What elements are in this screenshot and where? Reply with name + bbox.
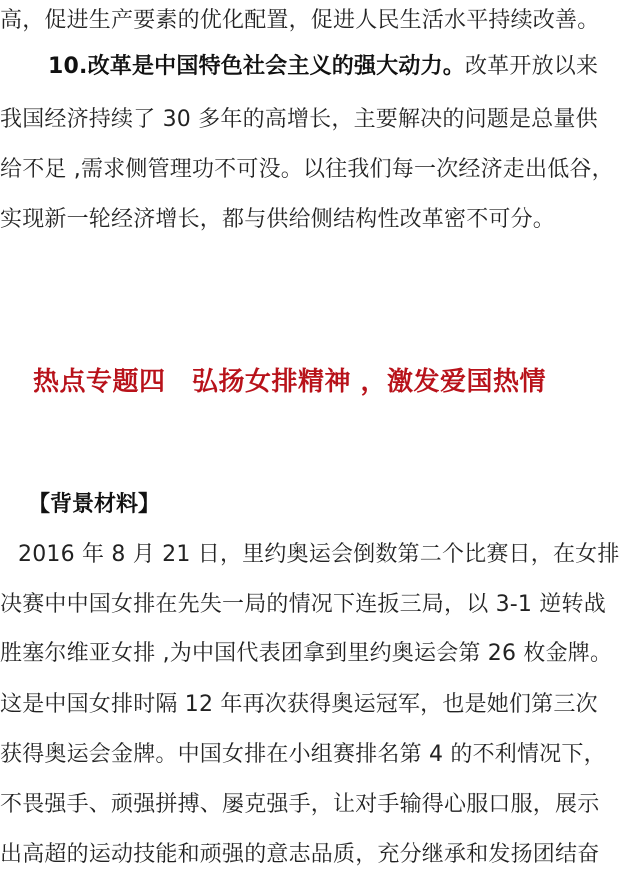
background-line: 决赛中中国女排在先失一局的情况下连扳三局，以 3-1 逆转战: [0, 590, 606, 620]
background-label: 【背景材料】: [28, 490, 160, 520]
background-line: 获得奥运会金牌。中国女排在小组赛排名第 4 的不利情况下，: [0, 740, 606, 770]
point-10-lead-rest: 改革开放以来: [465, 54, 598, 79]
background-line: 胜塞尔维亚女排 ,为中国代表团拿到里约奥运会第 26 枚金牌。: [0, 639, 612, 669]
topic-title: 热点专题四 弘扬女排精神 ，激发爱国热情: [33, 365, 546, 399]
background-line: 这是中国女排时隔 12 年再次获得奥运冠军，也是她们第三次: [0, 690, 598, 720]
point-10-line: 给不足 ,需求侧管理功不可没。以往我们每一次经济走出低谷，: [0, 155, 614, 185]
background-line: 出高超的运动技能和顽强的意志品质，充分继承和发扬团结奋: [0, 840, 599, 870]
point-10-heading: 10.改革是中国特色社会主义的强大动力。: [48, 54, 465, 79]
background-line: 2016 年 8 月 21 日，里约奥运会倒数第二个比赛日，在女排: [18, 540, 620, 570]
point-10-line: 我国经济持续了 30 多年的高增长，主要解决的问题是总量供: [0, 105, 598, 135]
point-10-line: 实现新一轮经济增长，都与供给侧结构性改革密不可分。: [0, 205, 555, 235]
background-line: 不畏强手、顽强拼搏、屡克强手，让对手输得心服口服，展示: [0, 790, 599, 820]
point-10-lead-line: 10.改革是中国特色社会主义的强大动力。改革开放以来: [48, 52, 598, 82]
intro-paragraph-line: 高，促进生产要素的优化配置，促进人民生活水平持续改善。: [0, 6, 599, 36]
